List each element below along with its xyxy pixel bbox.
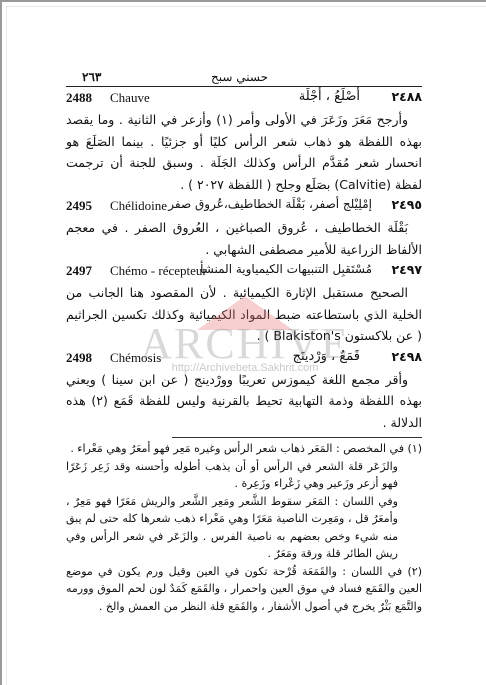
entry-number-arabic: ٢٤٨٨ (391, 89, 422, 104)
entry-number-latin: 2498 (66, 350, 92, 366)
footnote-2: (٢) في اللسان : والقَمَعَة قُرْحة تكون ف… (66, 563, 422, 616)
entry-term-latin: Chémo - récepteur (110, 263, 207, 279)
entry-heading: 2498 Chémosis قَمَعٌ ، وَرْدينَج ٢٤٩٨ (66, 347, 422, 369)
document-page: ٢٦٣ حسني سبح 2488 Chauve أصْلَعُ ، أجْلَ… (66, 68, 422, 615)
entry-number-arabic: ٢٤٩٨ (391, 349, 422, 364)
footnote-line: والزَعَر قلة الشعر في الرأس أو أن يذهب أ… (66, 458, 422, 493)
entry-term-arabic: مُسْتَقبِل التنبيهات الكيمياوية المنشأ (200, 262, 372, 276)
entry-term-arabic: قَمَعٌ ، وَرْدينَج (293, 349, 360, 364)
entry-number-latin: 2495 (66, 198, 92, 214)
entry-number-arabic: ٢٤٩٧ (391, 262, 422, 277)
footnotes: (١) في المخصص : المَعَر ذهاب شعر الرأس و… (66, 440, 422, 615)
entry-term-latin: Chélidoine (110, 198, 167, 214)
footnote-line: وفي اللسان : المَعَر سقوط الشَّعر ومَعِر… (66, 493, 422, 563)
entry-term-latin: Chémosis (110, 350, 161, 366)
entry-number-latin: 2497 (66, 263, 92, 279)
entry-2497: 2497 Chémo - récepteur مُسْتَقبِل التنبي… (66, 260, 422, 347)
entry-heading: 2497 Chémo - récepteur مُسْتَقبِل التنبي… (66, 260, 422, 282)
footnote-line: في المخصص : المَعَر ذهاب شعر الرأس وغيره… (70, 442, 404, 455)
entry-2488: 2488 Chauve أصْلَعُ ، أجْلَة ٢٤٨٨ وأرجح … (66, 87, 422, 195)
entry-paragraph: بَقْلَة الخطاطيف ، عُروق الصباغين ، العُ… (66, 217, 422, 260)
frame-inner-left (6, 6, 7, 685)
entry-paragraph: الصحيح مستقبل الإثارة الكيميائية . لأن ا… (66, 282, 422, 347)
entry-number-arabic: ٢٤٩٥ (391, 197, 422, 212)
entry-heading: 2488 Chauve أصْلَعُ ، أجْلَة ٢٤٨٨ (66, 87, 422, 109)
frame-border-top (0, 0, 486, 2)
footnote-line: في اللسان : والقَمَعَة قُرْحة تكون في ال… (66, 565, 422, 613)
entry-paragraph: وأقر مجمع اللغة كيموزس تعريبًا وورْدينج … (66, 369, 422, 434)
frame-border-left (0, 0, 2, 685)
footnote-1: (١) في المخصص : المَعَر ذهاب شعر الرأس و… (66, 440, 422, 563)
footnote-marker: (٢) (407, 565, 422, 578)
entry-term-arabic: إمْلِيْلج أصفر، بَقْلَة الخطاطيف،عُروق ص… (168, 197, 372, 211)
entry-term-latin: Chauve (110, 90, 150, 106)
footnote-marker: (١) (407, 442, 422, 455)
entry-paragraph: وأرجح مَعَرَ وزَعَرَ في الأولى وأمر (١) … (66, 109, 422, 195)
entry-heading: 2495 Chélidoine إمْلِيْلج أصفر، بَقْلَة … (66, 195, 422, 217)
entry-term-arabic: أصْلَعُ ، أجْلَة (299, 89, 360, 104)
running-head-title: حسني سبح (211, 70, 268, 84)
entry-2498: 2498 Chémosis قَمَعٌ ، وَرْدينَج ٢٤٩٨ وأ… (66, 347, 422, 434)
frame-inner-top (6, 6, 486, 7)
entry-2495: 2495 Chélidoine إمْلِيْلج أصفر، بَقْلَة … (66, 195, 422, 260)
footnote-rule (172, 437, 422, 438)
running-head: ٢٦٣ حسني سبح (66, 68, 422, 86)
entry-number-latin: 2488 (66, 90, 92, 106)
page-number: ٢٦٣ (82, 70, 101, 84)
